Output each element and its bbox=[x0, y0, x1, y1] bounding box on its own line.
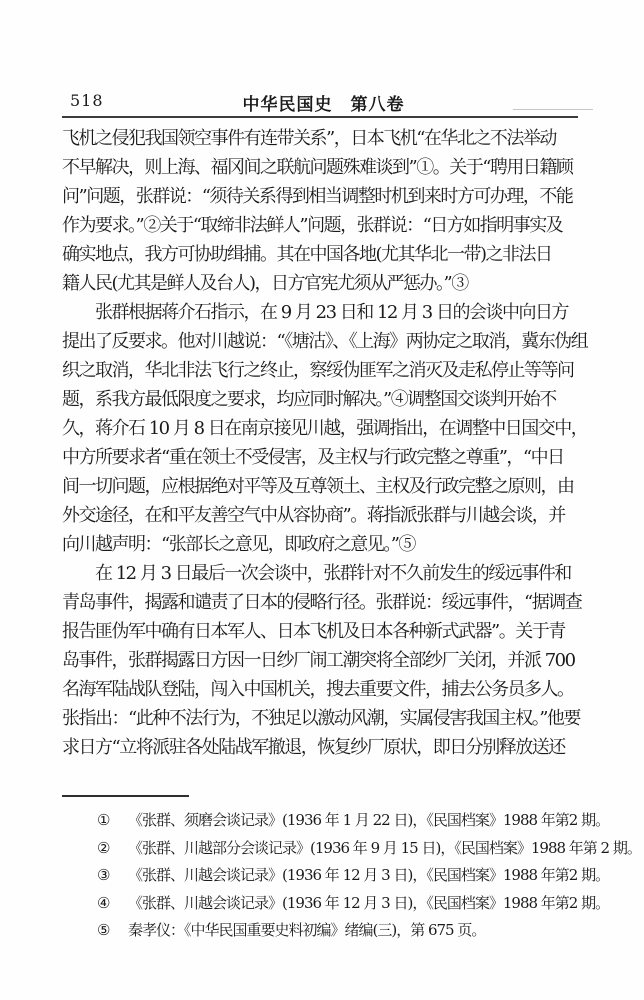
footnote: ③ 《张群、川越会谈记录》(1936 年 12 月 3 日)，《民国档案》198… bbox=[97, 862, 597, 890]
footnote-marker: ① bbox=[97, 807, 128, 835]
book-page: 518 中华民国史 第八卷 飞机之侵犯我国领空事件有连带关系”，日本飞机“在华北… bbox=[0, 0, 644, 1000]
footnote-text: 《张群、川越部分会谈记录》(1936 年 9 月 15 日)，《民国档案》198… bbox=[128, 835, 641, 863]
footnotes: ① 《张群、须磨会谈记录》(1936 年 1 月 22 日)，《民国档案》198… bbox=[97, 807, 597, 945]
footnote: ⑤ 秦孝仪：《中华民国重要史料初编》绪编(三)，第 675 页。 bbox=[97, 917, 597, 945]
body-paragraph: 飞机之侵犯我国领空事件有连带关系”，日本飞机“在华北之不法举动 不早解决，则上海… bbox=[62, 124, 593, 298]
footnote-text: 《张群、川越会谈记录》(1936 年 12 月 3 日)，《民国档案》1988 … bbox=[128, 862, 609, 890]
footnote-text: 《张群、川越会谈记录》(1936 年 12 月 3 日)，《民国档案》1988 … bbox=[128, 890, 609, 918]
body-text: 飞机之侵犯我国领空事件有连带关系”，日本飞机“在华北之不法举动 不早解决，则上海… bbox=[62, 124, 593, 762]
footnote: ① 《张群、须磨会谈记录》(1936 年 1 月 22 日)，《民国档案》198… bbox=[97, 807, 597, 835]
footnote-marker: ⑤ bbox=[97, 917, 128, 945]
scan-artifact-line bbox=[513, 109, 593, 110]
footnote-marker: ③ bbox=[97, 862, 128, 890]
footnote-marker: ④ bbox=[97, 890, 128, 918]
footnote-text: 《张群、须磨会谈记录》(1936 年 1 月 22 日)，《民国档案》1988 … bbox=[128, 807, 609, 835]
body-paragraph: 在 12 月 3 日最后一次会谈中，张群针对不久前发生的绥远事件和 青岛事件，揭… bbox=[62, 559, 593, 762]
footnote: ④ 《张群、川越会谈记录》(1936 年 12 月 3 日)，《民国档案》198… bbox=[97, 890, 597, 918]
footnote: ② 《张群、川越部分会谈记录》(1936 年 9 月 15 日)，《民国档案》1… bbox=[97, 835, 597, 863]
footnote-separator bbox=[62, 795, 189, 797]
body-paragraph: 张群根据蒋介石指示，在 9 月 23 日和 12 月 3 日的会谈中向日方 提出… bbox=[62, 298, 593, 559]
footnote-text: 秦孝仪：《中华民国重要史料初编》绪编(三)，第 675 页。 bbox=[128, 917, 485, 945]
running-head-title: 中华民国史 第八卷 bbox=[62, 90, 585, 115]
footnote-marker: ② bbox=[97, 835, 128, 863]
header-rule bbox=[62, 116, 578, 118]
